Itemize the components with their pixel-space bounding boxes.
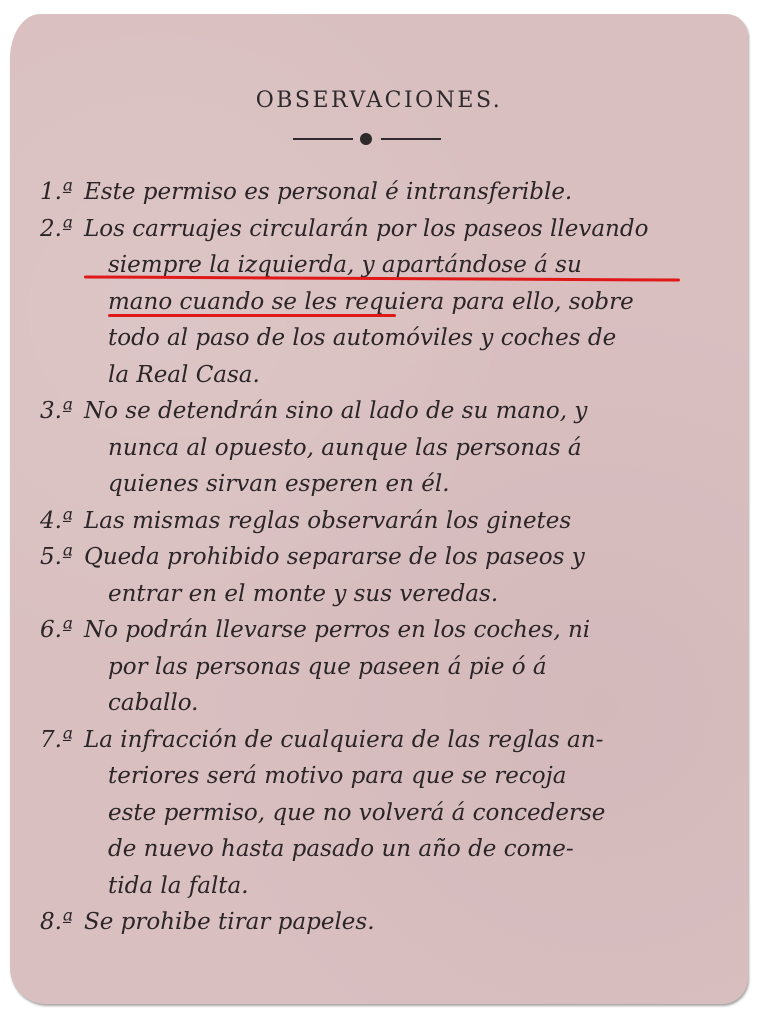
rule-number: 8.ª	[40, 904, 84, 941]
rule-5: 5.ªQueda prohibido separarse de los pase…	[40, 539, 690, 612]
rule-1: 1.ªEste permiso es personal é intransfer…	[40, 174, 690, 211]
rule-number: 7.ª	[40, 722, 84, 759]
rule-text-line: La infracción de cualquiera de las regla…	[84, 727, 603, 753]
rule-7: 7.ªLa infracción de cualquiera de las re…	[40, 722, 690, 905]
document-title: OBSERVACIONES.	[10, 88, 748, 113]
red-underline-annotation	[108, 314, 396, 317]
rule-text-line: por las personas que paseen á pie ó á	[40, 649, 690, 686]
rule-text-line: entrar en el monte y sus veredas.	[40, 576, 690, 613]
rule-text-line: nunca al opuesto, aunque las personas á	[40, 430, 690, 467]
rule-text-line: Los carruajes circularán por los paseos …	[84, 216, 648, 242]
rule-number: 6.ª	[40, 612, 84, 649]
rule-text-line: todo al paso de los automóviles y coches…	[40, 320, 690, 357]
divider-ornament-icon	[293, 132, 441, 146]
rule-4: 4.ªLas mismas reglas observarán los gine…	[40, 503, 690, 540]
rule-text-line: Las mismas reglas observarán los ginetes	[84, 508, 571, 534]
rule-number: 1.ª	[40, 174, 84, 211]
rule-text-line: Queda prohibido separarse de los paseos …	[84, 544, 585, 570]
rule-text-line: teriores será motivo para que se recoja	[40, 758, 690, 795]
rule-3: 3.ªNo se detendrán sino al lado de su ma…	[40, 393, 690, 503]
rules-list: 1.ªEste permiso es personal é intransfer…	[40, 174, 690, 941]
rule-text-line: Se prohibe tirar papeles.	[84, 909, 375, 935]
permit-card-back: OBSERVACIONES. 1.ªEste permiso es person…	[10, 14, 748, 1004]
rule-text-line: de nuevo hasta pasado un año de come-	[40, 831, 690, 868]
rule-number: 5.ª	[40, 539, 84, 576]
rule-text-line: este permiso, que no volverá á conceders…	[40, 795, 690, 832]
rule-text-line: quienes sirvan esperen en él.	[40, 466, 690, 503]
rule-text-line: No podrán llevarse perros en los coches,…	[84, 617, 590, 643]
rule-text-line: tida la falta.	[40, 868, 690, 905]
rule-text-line: Este permiso es personal é intransferibl…	[84, 179, 572, 205]
rule-text-line: No se detendrán sino al lado de su mano,…	[84, 398, 587, 424]
rule-6: 6.ªNo podrán llevarse perros en los coch…	[40, 612, 690, 722]
rule-text-line: la Real Casa.	[40, 357, 690, 394]
rule-number: 2.ª	[40, 211, 84, 248]
rule-number: 4.ª	[40, 503, 84, 540]
rule-8: 8.ªSe prohibe tirar papeles.	[40, 904, 690, 941]
rule-text-line: caballo.	[40, 685, 690, 722]
rule-2: 2.ªLos carruajes circularán por los pase…	[40, 211, 690, 394]
rule-number: 3.ª	[40, 393, 84, 430]
